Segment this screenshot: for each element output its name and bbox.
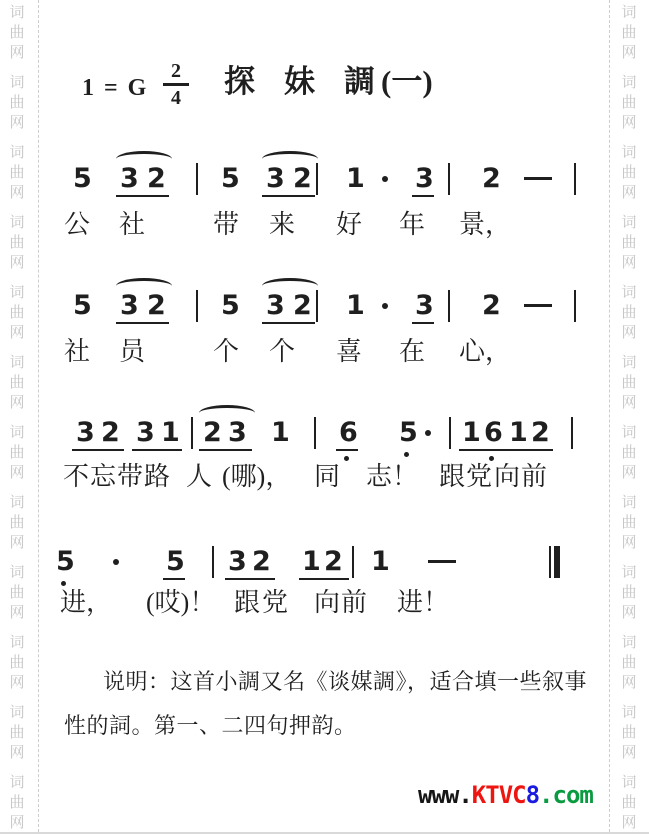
watermark-char: 词 <box>8 355 26 370</box>
watermark-char: 词 <box>8 5 26 20</box>
final-barline <box>549 546 551 578</box>
beam-underline <box>262 195 315 197</box>
lyric-syllable: 进！ <box>397 590 449 616</box>
watermark-char: 网 <box>8 395 26 410</box>
note-digit: 6 <box>484 419 503 446</box>
note-digit: 3 <box>136 419 155 446</box>
watermark-char: 网 <box>620 115 638 130</box>
beam-underline <box>163 578 185 580</box>
beam-underline <box>299 578 349 580</box>
watermark-char: 曲 <box>620 305 638 320</box>
time-signature-numerator: 2 <box>163 61 189 86</box>
note-digit: 1 <box>509 419 528 446</box>
watermark-dashed-line-left <box>38 0 39 832</box>
watermark-char: 曲 <box>620 95 638 110</box>
watermark-char: 曲 <box>620 375 638 390</box>
watermark-char: 曲 <box>8 795 26 810</box>
lyric-syllable: 同 <box>314 464 340 490</box>
watermark-char: 网 <box>620 815 638 830</box>
site-url-segment: 8 <box>526 781 539 809</box>
watermark-char: 网 <box>8 325 26 340</box>
watermark-char: 曲 <box>620 25 638 40</box>
low-octave-dot <box>344 456 349 461</box>
beam-underline <box>262 322 315 324</box>
lyric-syllable: 忘 <box>90 464 116 490</box>
lyric-syllable: 跟 <box>234 590 260 616</box>
watermark-char: 曲 <box>620 165 638 180</box>
note-digit: 1 <box>371 548 390 575</box>
watermark-char: 曲 <box>620 235 638 250</box>
augmentation-dot <box>425 430 431 436</box>
sheet-music-page: 词曲网词曲网词曲网词曲网词曲网词曲网词曲网词曲网词曲网词曲网词曲网词曲网 词曲网… <box>0 0 649 834</box>
watermark-char: 网 <box>620 465 638 480</box>
watermark-char: 曲 <box>620 655 638 670</box>
watermark-char: 网 <box>8 535 26 550</box>
barline <box>314 417 316 449</box>
watermark-char: 词 <box>8 565 26 580</box>
watermark-char: 网 <box>620 395 638 410</box>
watermark-char: 网 <box>8 255 26 270</box>
beam-underline <box>199 449 252 451</box>
watermark-char: 曲 <box>620 725 638 740</box>
watermark-char: 网 <box>8 465 26 480</box>
lyric-syllable: 前 <box>341 590 367 616</box>
watermark-char: 曲 <box>8 585 26 600</box>
lyric-syllable: 带 <box>213 212 239 238</box>
lyric-syllable: 跟 <box>439 464 465 490</box>
note-digit: 2 <box>293 292 312 319</box>
watermark-char: 网 <box>620 745 638 760</box>
lyric-syllable: (哪)， <box>222 464 291 490</box>
note-digit: 1 <box>271 419 290 446</box>
barline <box>574 163 576 195</box>
site-url-segment: www. <box>418 781 472 809</box>
watermark-char: 曲 <box>8 445 26 460</box>
lyric-syllable: 人 <box>186 464 212 490</box>
lyric-syllable: 喜 <box>336 339 362 365</box>
watermark-char: 词 <box>620 495 638 510</box>
augmentation-dot <box>382 176 388 182</box>
watermark-char: 曲 <box>8 165 26 180</box>
watermark-char: 词 <box>8 775 26 790</box>
watermark-char: 词 <box>8 495 26 510</box>
watermark-column-right: 词曲网词曲网词曲网词曲网词曲网词曲网词曲网词曲网词曲网词曲网词曲网词曲网 <box>616 0 646 832</box>
watermark-char: 词 <box>620 425 638 440</box>
barline <box>191 417 193 449</box>
barline <box>352 546 354 578</box>
beam-underline <box>225 578 275 580</box>
lyric-syllable: 心， <box>459 339 511 365</box>
page-title-char: 調 <box>344 66 375 97</box>
note-digit: 2 <box>324 548 343 575</box>
duration-dash <box>524 304 552 307</box>
watermark-char: 曲 <box>8 25 26 40</box>
watermark-char: 曲 <box>8 375 26 390</box>
lyric-syllable: 前 <box>521 464 547 490</box>
watermark-char: 曲 <box>620 795 638 810</box>
watermark-char: 网 <box>620 255 638 270</box>
beam-underline <box>116 195 169 197</box>
barline <box>196 163 198 195</box>
augmentation-dot <box>113 559 119 565</box>
watermark-char: 曲 <box>8 655 26 670</box>
watermark-char: 词 <box>620 5 638 20</box>
watermark-char: 网 <box>620 675 638 690</box>
note-digit: 3 <box>266 165 285 192</box>
barline <box>196 290 198 322</box>
barline <box>571 417 573 449</box>
beam-underline <box>116 322 169 324</box>
note-digit: 5 <box>399 419 418 446</box>
lyric-syllable: 进， <box>60 590 112 616</box>
watermark-char: 词 <box>8 635 26 650</box>
lyric-syllable: 志！ <box>366 464 418 490</box>
note-digit: 2 <box>482 292 501 319</box>
note-digit: 5 <box>56 548 75 575</box>
watermark-char: 词 <box>8 215 26 230</box>
watermark-char: 网 <box>620 535 638 550</box>
lyric-syllable: 在 <box>399 339 425 365</box>
watermark-char: 网 <box>8 745 26 760</box>
watermark-char: 词 <box>620 775 638 790</box>
watermark-char: 网 <box>620 605 638 620</box>
lyric-syllable: 社 <box>119 212 145 238</box>
watermark-char: 曲 <box>620 585 638 600</box>
watermark-char: 词 <box>620 285 638 300</box>
note-digit: 1 <box>161 419 180 446</box>
watermark-char: 网 <box>8 185 26 200</box>
duration-dash <box>524 177 552 180</box>
watermark-char: 词 <box>8 75 26 90</box>
lyric-syllable: 员 <box>119 339 145 365</box>
watermark-char: 词 <box>620 145 638 160</box>
note-digit: 5 <box>73 292 92 319</box>
lyric-syllable: 公 <box>64 212 90 238</box>
lyric-syllable: 向 <box>494 464 520 490</box>
site-url-segment: KTVC <box>472 781 526 809</box>
beam-underline <box>412 322 434 324</box>
note-digit: 3 <box>266 292 285 319</box>
lyric-syllable: 党 <box>262 590 288 616</box>
lyric-syllable: 党 <box>466 464 492 490</box>
lyric-syllable: 景， <box>459 212 511 238</box>
explanation-line-1: 说明：这首小調又名《谈媒調》，适合填一些叙事 <box>103 668 587 697</box>
watermark-char: 曲 <box>620 515 638 530</box>
beam-underline <box>72 449 124 451</box>
note-digit: 6 <box>339 419 358 446</box>
low-octave-dot <box>404 452 409 457</box>
note-digit: 1 <box>302 548 321 575</box>
augmentation-dot <box>382 303 388 309</box>
watermark-char: 词 <box>620 355 638 370</box>
barline <box>212 546 214 578</box>
note-digit: 2 <box>203 419 222 446</box>
watermark-char: 词 <box>620 75 638 90</box>
lyric-syllable: 来 <box>269 212 295 238</box>
lyric-syllable: 带 <box>117 464 143 490</box>
lyric-syllable: 路 <box>144 464 170 490</box>
watermark-char: 词 <box>8 285 26 300</box>
beam-underline <box>459 449 506 451</box>
lyric-syllable: 向 <box>314 590 340 616</box>
beam-underline <box>132 449 182 451</box>
barline <box>316 290 318 322</box>
watermark-char: 曲 <box>8 725 26 740</box>
note-digit: 3 <box>76 419 95 446</box>
low-octave-dot <box>489 456 494 461</box>
note-digit: 3 <box>415 292 434 319</box>
lyric-syllable: 好 <box>336 212 362 238</box>
watermark-char: 曲 <box>8 305 26 320</box>
note-digit: 3 <box>228 419 247 446</box>
watermark-char: 网 <box>620 325 638 340</box>
lyric-syllable: (哎)！ <box>146 590 215 616</box>
site-url-watermark: www.KTVC8.com <box>418 783 593 807</box>
note-digit: 3 <box>415 165 434 192</box>
watermark-dashed-line-right <box>609 0 610 832</box>
watermark-char: 词 <box>8 425 26 440</box>
beam-underline <box>412 195 434 197</box>
watermark-char: 网 <box>8 115 26 130</box>
note-digit: 2 <box>531 419 550 446</box>
barline <box>574 290 576 322</box>
note-digit: 2 <box>482 165 501 192</box>
note-digit: 3 <box>228 548 247 575</box>
page-title-char: (一) <box>381 66 433 97</box>
note-digit: 5 <box>73 165 92 192</box>
note-digit: 1 <box>346 292 365 319</box>
note-digit: 3 <box>120 292 139 319</box>
note-digit: 5 <box>221 292 240 319</box>
lyric-syllable: 年 <box>399 212 425 238</box>
watermark-char: 曲 <box>8 515 26 530</box>
low-octave-dot <box>61 581 66 586</box>
note-digit: 3 <box>120 165 139 192</box>
time-signature-denominator: 4 <box>163 86 189 108</box>
note-digit: 2 <box>252 548 271 575</box>
lyric-syllable: 社 <box>64 339 90 365</box>
note-digit: 5 <box>221 165 240 192</box>
barline <box>448 290 450 322</box>
watermark-char: 词 <box>8 145 26 160</box>
watermark-char: 网 <box>8 675 26 690</box>
beam-underline <box>506 449 553 451</box>
watermark-char: 曲 <box>8 95 26 110</box>
watermark-char: 网 <box>8 815 26 830</box>
watermark-column-left: 词曲网词曲网词曲网词曲网词曲网词曲网词曲网词曲网词曲网词曲网词曲网词曲网 <box>4 0 34 832</box>
time-signature: 2 4 <box>163 61 189 108</box>
watermark-char: 曲 <box>8 235 26 250</box>
watermark-char: 词 <box>620 705 638 720</box>
watermark-char: 曲 <box>620 445 638 460</box>
explanation-line-2: 性的詞。第一、二四句押韵。 <box>64 712 357 741</box>
barline <box>449 417 451 449</box>
watermark-char: 网 <box>8 605 26 620</box>
barline <box>448 163 450 195</box>
watermark-char: 网 <box>8 45 26 60</box>
page-title-char: 探 <box>224 66 255 97</box>
lyric-syllable: 个 <box>269 339 295 365</box>
beam-underline <box>336 449 358 451</box>
lyric-syllable: 不 <box>63 464 89 490</box>
watermark-char: 网 <box>620 185 638 200</box>
key-signature: 1 = G <box>82 76 148 100</box>
watermark-char: 网 <box>620 45 638 60</box>
lyric-syllable: 个 <box>213 339 239 365</box>
note-digit: 2 <box>147 165 166 192</box>
watermark-char: 词 <box>620 215 638 230</box>
watermark-char: 词 <box>620 565 638 580</box>
page-title-char: 妹 <box>284 66 315 97</box>
note-digit: 2 <box>147 292 166 319</box>
note-digit: 1 <box>346 165 365 192</box>
site-url-segment: .com <box>539 781 593 809</box>
note-digit: 2 <box>293 165 312 192</box>
note-digit: 1 <box>462 419 481 446</box>
watermark-char: 词 <box>620 635 638 650</box>
watermark-char: 词 <box>8 705 26 720</box>
barline <box>316 163 318 195</box>
note-digit: 2 <box>101 419 120 446</box>
note-digit: 5 <box>166 548 185 575</box>
duration-dash <box>428 560 456 563</box>
